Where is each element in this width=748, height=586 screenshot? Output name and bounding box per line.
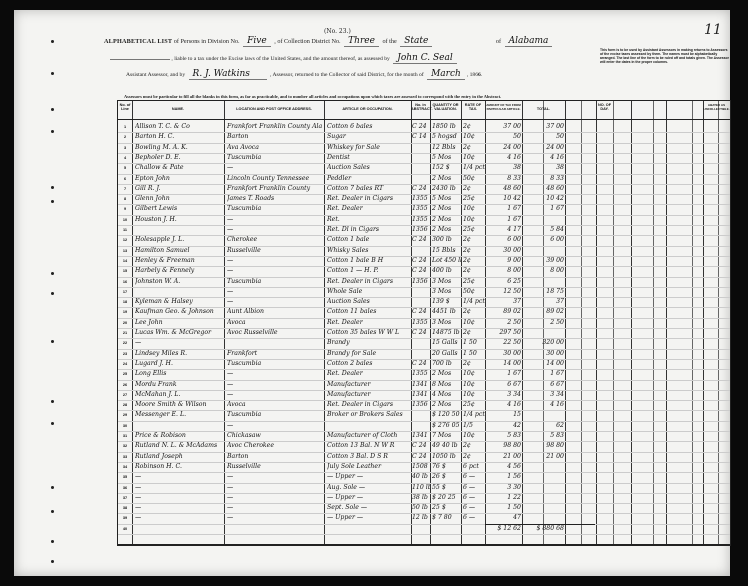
cell-quantity: 7 Mos	[432, 432, 461, 439]
cell-article: Cotton 11 bales	[327, 308, 411, 315]
cell-rate: 2¢	[463, 442, 485, 449]
cell-amount: 3 34	[488, 391, 521, 398]
cell-rate: 6 —	[463, 504, 485, 511]
cell-quantity: 139 $	[432, 298, 461, 305]
cell-line: 34	[118, 465, 132, 469]
cell-name: Allison T. C. & Co	[135, 123, 223, 130]
cell-quantity: 15 Galls	[432, 339, 461, 346]
cell-total: 3 34	[524, 391, 564, 398]
cell-rate: 6 pct	[463, 463, 485, 470]
instructions: Assessors must be particular to fill all…	[124, 94, 501, 99]
table-row: 17—Whole Sale3 Mos50¢12 5018 75	[118, 287, 730, 297]
cell-line: 37	[118, 496, 132, 500]
cell-location: Avoca	[227, 401, 323, 408]
cell-article: Whisky Sales	[327, 247, 411, 254]
cell-rate: 6 —	[463, 473, 485, 480]
cell-quantity: 12 Bbls	[432, 144, 461, 151]
cell-line: 35	[118, 475, 132, 479]
table-row: 31Price & RobisonChickasawManufacturer o…	[118, 431, 730, 441]
cell-line: 12	[118, 238, 132, 242]
cell-abstract-no: 12 lb	[412, 514, 430, 521]
cell-amount: 4 16	[488, 154, 521, 161]
table-row: 14Henley & Freeman—Cotton 1 bale B HC 24…	[118, 256, 730, 266]
cell-amount: 38	[488, 164, 521, 171]
cell-abstract-no: 1356	[412, 278, 430, 285]
cell-location: —	[227, 267, 323, 274]
ledger-table: No. of Line NAME. LOCATION AND POST OFFI…	[117, 100, 731, 546]
table-row: 15Harbely & Fennely—Cotton 1 — H. P.C 24…	[118, 266, 730, 276]
cell-article: Cotton 1 bale B H	[327, 257, 411, 264]
header-line-2: , liable to a tax under the Excise laws …	[110, 53, 459, 64]
cell-quantity: 3 Mos	[432, 288, 461, 295]
cell-line: 25	[118, 372, 132, 376]
form-number: (No. 23.)	[324, 28, 351, 35]
cell-abstract-no: C 24	[412, 185, 430, 192]
cell-quantity: 1850 lb	[432, 123, 461, 130]
cell-location: Chickasaw	[227, 432, 323, 439]
cell-location: Russelville	[227, 247, 323, 254]
cell-location: Aunt Albion	[227, 308, 323, 315]
cell-location: —	[227, 257, 323, 264]
cell-total: 21 00	[524, 453, 564, 460]
cell-name: Lucas Wm. & McGregor	[135, 329, 223, 336]
cell-amount: 2 50	[488, 319, 521, 326]
cell-quantity: Lot 450 lb	[432, 257, 461, 264]
cell-amount: 30 00	[488, 350, 521, 357]
cell-abstract-no: C 24	[412, 360, 430, 367]
cell-name: Houston J. H.	[135, 216, 223, 223]
cell-location: Tuscumbia	[227, 411, 323, 418]
cell-location: Tuscumbia	[227, 278, 323, 285]
cell-line: 38	[118, 506, 132, 510]
cell-total: 1 67	[524, 370, 564, 377]
cell-amount: 10 42	[488, 195, 521, 202]
cell-abstract-no: 1356	[412, 401, 430, 408]
cell-name: Lugard J. H.	[135, 360, 223, 367]
cell-location: —	[227, 514, 323, 521]
cell-article: Cotton 35 bales W W L	[327, 329, 411, 336]
cell-line: 39	[118, 516, 132, 520]
cell-name: Lee John	[135, 319, 223, 326]
cell-amount: 6 00	[488, 236, 521, 243]
cell-article: Cotton 1 bale	[327, 236, 411, 243]
cell-abstract-no: 110 lb	[412, 484, 430, 491]
cell-amount: 6 67	[488, 381, 521, 388]
cell-amount: 8 33	[488, 175, 521, 182]
cell-quantity: 20 Galls	[432, 350, 461, 357]
cell-rate: 10¢	[463, 370, 485, 377]
cell-total: 30 00	[524, 350, 564, 357]
cell-abstract-no: 1355	[412, 216, 430, 223]
cell-quantity: 4 Mos	[432, 391, 461, 398]
cell-name: Harbely & Fennely	[135, 267, 223, 274]
cell-amount: 5 83	[488, 432, 521, 439]
cell-line: 32	[118, 444, 132, 448]
cell-line: 21	[118, 331, 132, 335]
cell-quantity: 25 $	[432, 504, 461, 511]
table-row: 4Bepholer D. E.TuscumbiaDentist5 Mos10¢4…	[118, 153, 730, 163]
cell-location: —	[227, 422, 323, 429]
cell-article: Cotton 7 bales RT	[327, 185, 411, 192]
cell-line: 24	[118, 362, 132, 366]
table-row: 19Kaufman Geo. & JohnsonAunt AlbionCotto…	[118, 307, 730, 317]
cell-name: Glenn John	[135, 195, 223, 202]
cell-location: Avoc Cherokee	[227, 442, 323, 449]
cell-line: 15	[118, 269, 132, 273]
cell-quantity: $ 120 50	[432, 411, 461, 418]
cell-name: Kaufman Geo. & Johnson	[135, 308, 223, 315]
cell-name: Gill R. J.	[135, 185, 223, 192]
cell-total: 24 00	[524, 144, 564, 151]
cell-amount: 47	[488, 514, 521, 521]
cell-article: Cotton 1 — H. P.	[327, 267, 411, 274]
cell-amount: 1 22	[488, 494, 521, 501]
cell-location: Frankfort Franklin County Ala	[227, 123, 323, 130]
cell-quantity: $ 7 80	[432, 514, 461, 521]
cell-rate: 10¢	[463, 154, 485, 161]
cell-line: 30	[118, 424, 132, 428]
cell-abstract-no: 1355	[412, 205, 430, 212]
cell-rate: 10¢	[463, 381, 485, 388]
cell-quantity: 5 Mos	[432, 154, 461, 161]
cell-rate: 2¢	[463, 308, 485, 315]
cell-abstract-no: 1341	[412, 432, 430, 439]
cell-abstract-no: C 24	[412, 329, 430, 336]
cell-name: Holesapple J. L.	[135, 236, 223, 243]
cell-location: Avoca	[227, 319, 323, 326]
cell-location: Frankfort Franklin County	[227, 185, 323, 192]
cell-article: — Upper —	[327, 473, 411, 480]
table-row: 33Rutland JosephBartonCotton 3 Bal. D S …	[118, 452, 730, 462]
cell-quantity: 3 Mos	[432, 278, 461, 285]
table-row: 30—$ 276 051/54262	[118, 421, 730, 431]
cell-amount: 50	[488, 133, 521, 140]
cell-total: 98 80	[524, 442, 564, 449]
cell-amount: 4 56	[488, 463, 521, 470]
cell-total: 8 00	[524, 267, 564, 274]
table-row: 20Lee JohnAvocaRet. Dealer13553 Mos10¢2 …	[118, 318, 730, 328]
cell-amount: 21 00	[488, 453, 521, 460]
table-row: 23Lindsey Miles R.FrankfortBrandy for Sa…	[118, 349, 730, 359]
table-row: 9Gilbert LewisTuscumbiaRet. Dealer13552 …	[118, 204, 730, 214]
column-header-uncollectible: ABATED AS UNCOLLECTIBLE.	[703, 103, 730, 111]
cell-article: Whole Sale	[327, 288, 411, 295]
cell-total: 38	[524, 164, 564, 171]
cell-abstract-no: C 24	[412, 236, 430, 243]
cell-location: —	[227, 216, 323, 223]
table-row: 28Moore Smith & WilsonAvocaRet. Dealer i…	[118, 400, 730, 410]
cell-rate: 25¢	[463, 195, 485, 202]
table-row: 29Messenger E. L.TuscumbiaBroker or Brok…	[118, 410, 730, 420]
cell-rate: 6 —	[463, 514, 485, 521]
table-row: 5Challow & Pate—Auction Sales152 $1/4 pc…	[118, 163, 730, 173]
table-row: 6Epton JohnLincoln County TennesseePeddl…	[118, 174, 730, 184]
cell-location: —	[227, 494, 323, 501]
cell-name: Henley & Freeman	[135, 257, 223, 264]
column-header-amount: AMOUNT OF TAX FROM PARTICULAR ARTICLE.	[485, 103, 522, 111]
cell-quantity: 2 Mos	[432, 401, 461, 408]
cell-total: 37	[524, 298, 564, 305]
cell-amount: 37	[488, 298, 521, 305]
cell-total: 6 67	[524, 381, 564, 388]
cell-total: 89 02	[524, 308, 564, 315]
table-row: 27McMahan J. L.—Manufacturer13414 Mos10¢…	[118, 390, 730, 400]
cell-abstract-no: 1356	[412, 226, 430, 233]
cell-line: 22	[118, 341, 132, 345]
cell-name: Messenger E. L.	[135, 411, 223, 418]
cell-line: 3	[118, 146, 132, 150]
cell-article: Whiskey for Sale	[327, 144, 411, 151]
cell-amount: 4 17	[488, 226, 521, 233]
cell-total: 4 16	[524, 154, 564, 161]
table-row: 12Holesapple J. L.CherokeeCotton 1 baleC…	[118, 235, 730, 245]
cell-name: —	[135, 473, 223, 480]
cell-article: Broker or Brokers Sales	[327, 411, 411, 418]
cell-rate: 2¢	[463, 185, 485, 192]
cell-abstract-no: 1508	[412, 463, 430, 470]
table-row: 24Lugard J. H.TuscumbiaCotton 2 balesC 2…	[118, 359, 730, 369]
cell-abstract-no: 40 lb	[412, 473, 430, 480]
cell-total: $ 880 68	[524, 525, 564, 532]
cell-abstract-no: C 24	[412, 257, 430, 264]
assistant-assessor-name: John C. Seal	[393, 53, 457, 64]
cell-line: 20	[118, 321, 132, 325]
cell-article: Auction Sales	[327, 164, 411, 171]
cell-article: Brandy for Sale	[327, 350, 411, 357]
cell-total: 4 16	[524, 401, 564, 408]
cell-amount: 1 67	[488, 205, 521, 212]
table-row: 1Allison T. C. & CoFrankfort Franklin Co…	[118, 122, 730, 132]
cell-amount: 1 50	[488, 504, 521, 511]
cell-abstract-no: 1355	[412, 195, 430, 202]
cell-article: — Upper —	[327, 494, 411, 501]
table-row: 2Barton H. C.BartonSugarC 145 hogsd10¢50…	[118, 132, 730, 142]
cell-line: 17	[118, 290, 132, 294]
cell-rate: 2¢	[463, 453, 485, 460]
cell-location: —	[227, 288, 323, 295]
cell-line: 6	[118, 177, 132, 181]
table-row: 21Lucas Wm. & McGregorAvoc RusselvilleCo…	[118, 328, 730, 338]
cell-rate: 1 50	[463, 339, 485, 346]
cell-total: 8 33	[524, 175, 564, 182]
cell-amount: 1 67	[488, 216, 521, 223]
cell-location: Tuscumbia	[227, 154, 323, 161]
cell-line: 27	[118, 393, 132, 397]
cell-quantity: 2 Mos	[432, 226, 461, 233]
cell-quantity: 3 Mos	[432, 319, 461, 326]
cell-rate: 25¢	[463, 401, 485, 408]
cell-line: 29	[118, 413, 132, 417]
table-row: 36——Aug. Sole —110 lb55 $6 —3 30	[118, 483, 730, 493]
cell-article: Aug. Sole —	[327, 484, 411, 491]
cell-amount: 297 50	[488, 329, 521, 336]
cell-name: Epton John	[135, 175, 223, 182]
census-ledger-page: (No. 23.) 11 ALPHABETICAL LIST of Person…	[14, 10, 730, 576]
cell-abstract-no: C 14	[412, 133, 430, 140]
cell-total: 48 60	[524, 185, 564, 192]
cell-name: —	[135, 514, 223, 521]
cell-article: Ret. Dealer in Cigars	[327, 401, 411, 408]
table-row: 10Houston J. H.—Ret.13552 Mos10¢1 67	[118, 215, 730, 225]
cell-article: Brandy	[327, 339, 411, 346]
cell-article: Ret.	[327, 216, 411, 223]
assessor-name: R. J. Watkins	[189, 69, 267, 80]
cell-line: 1	[118, 125, 132, 129]
cell-location: —	[227, 298, 323, 305]
cell-article: Ret. Dealer	[327, 319, 411, 326]
cell-line: 19	[118, 310, 132, 314]
table-row: 34Robinson H. C.RusselvilleJuly Sole Lea…	[118, 462, 730, 472]
cell-rate: 1/5	[463, 422, 485, 429]
cell-total: 2 50	[524, 319, 564, 326]
cell-amount: 22 50	[488, 339, 521, 346]
cell-location: Barton	[227, 453, 323, 460]
cell-total: 14 00	[524, 360, 564, 367]
column-header-no-of-day: NO. OF DAY.	[596, 103, 613, 111]
cell-rate: 1/4 pct	[463, 411, 485, 418]
division-number: Five	[243, 36, 271, 47]
cell-rate: 10¢	[463, 432, 485, 439]
cell-article: Ret. Dl in Cigars	[327, 226, 411, 233]
cell-rate: 2¢	[463, 329, 485, 336]
cell-location: —	[227, 504, 323, 511]
cell-amount: 30 00	[488, 247, 521, 254]
cell-line: 40	[118, 527, 132, 531]
cell-line: 7	[118, 187, 132, 191]
cell-name: —	[135, 494, 223, 501]
cell-location: Barton	[227, 133, 323, 140]
cell-line: 4	[118, 156, 132, 160]
cell-rate: 10¢	[463, 391, 485, 398]
cell-amount: 89 02	[488, 308, 521, 315]
cell-article: Cotton 3 Bal. D S R	[327, 453, 411, 460]
cell-article: Dentist	[327, 154, 411, 161]
state-name: Alabama	[505, 36, 553, 47]
cell-rate: 25¢	[463, 278, 485, 285]
cell-rate: 10¢	[463, 216, 485, 223]
cell-name: Long Ellis	[135, 370, 223, 377]
cell-line: 31	[118, 434, 132, 438]
cell-rate: 2¢	[463, 360, 485, 367]
table-row: 32Rutland N. L. & McAdamsAvoc CherokeeCo…	[118, 441, 730, 451]
cell-quantity: 26 $	[432, 473, 461, 480]
cell-total: 18 75	[524, 288, 564, 295]
cell-name: Bowling M. A. K.	[135, 144, 223, 151]
cell-total: 320 00	[524, 339, 564, 346]
cell-quantity: 5 hogsd	[432, 133, 461, 140]
cell-total: 6 00	[524, 236, 564, 243]
cell-total: 39 00	[524, 257, 564, 264]
cell-location: —	[227, 164, 323, 171]
cell-line: 18	[118, 300, 132, 304]
cell-abstract-no: C 24	[412, 308, 430, 315]
table-row: 40$ 12 62$ 880 68	[118, 524, 730, 534]
table-row: 7Gill R. J.Frankfort Franklin CountyCott…	[118, 184, 730, 194]
cell-rate: 6 —	[463, 494, 485, 501]
cell-quantity: 55 $	[432, 484, 461, 491]
cell-article: Sept. Sole —	[327, 504, 411, 511]
column-header-location: LOCATION AND POST OFFICE ADDRESS.	[224, 107, 324, 111]
page-number: 11	[704, 22, 722, 38]
cell-quantity: 5 Mos	[432, 195, 461, 202]
cell-quantity: 76 $	[432, 463, 461, 470]
cell-amount: 4 16	[488, 401, 521, 408]
cell-article: Ret. Dealer in Cigars	[327, 278, 411, 285]
column-header-abstract: No. in ABSTRACT.	[411, 103, 430, 111]
cell-location: Avoc Russelville	[227, 329, 323, 336]
cell-amount: 98 80	[488, 442, 521, 449]
header-line-1: ALPHABETICAL LIST of Persons in Division…	[104, 36, 554, 47]
cell-quantity: $ 20 25	[432, 494, 461, 501]
cell-quantity: 4451 lb	[432, 308, 461, 315]
cell-rate: 50¢	[463, 175, 485, 182]
cell-quantity: 400 lb	[432, 267, 461, 274]
cell-article: Manufacturer	[327, 381, 411, 388]
cell-quantity: 1050 lb	[432, 453, 461, 460]
cell-rate: 2¢	[463, 236, 485, 243]
table-row: 38——Sept. Sole —50 lb25 $6 —1 50	[118, 503, 730, 513]
cell-name: Barton H. C.	[135, 133, 223, 140]
table-row: 22—Brandy15 Galls1 5022 50320 00	[118, 338, 730, 348]
cell-location: —	[227, 370, 323, 377]
cell-amount: 1 56	[488, 473, 521, 480]
cell-name: Mordu Frank	[135, 381, 223, 388]
cell-abstract-no: 50 lb	[412, 504, 430, 511]
cell-rate: 1/4 pct	[463, 298, 485, 305]
cell-total: 37 00	[524, 123, 564, 130]
cell-name: Price & Robison	[135, 432, 223, 439]
cell-article: Cotton 2 bales	[327, 360, 411, 367]
cell-quantity: 300 lb	[432, 236, 461, 243]
cell-total: 50	[524, 133, 564, 140]
cell-quantity: 49 40 lb	[432, 442, 461, 449]
column-header-article: ARTICLE OR OCCUPATION.	[324, 107, 411, 111]
cell-article: July Sole Leather	[327, 463, 411, 470]
cell-rate: 2¢	[463, 247, 485, 254]
cell-article: Manufacturer of Cloth	[327, 432, 411, 439]
cell-line: 36	[118, 486, 132, 490]
cell-quantity: 2430 lb	[432, 185, 461, 192]
cell-article: Ret. Dealer in Cigars	[327, 195, 411, 202]
cell-rate: 6 —	[463, 484, 485, 491]
month-name: March	[427, 69, 465, 80]
cell-location: —	[227, 484, 323, 491]
cell-location: —	[227, 381, 323, 388]
total-underline	[485, 524, 595, 525]
cell-total: 10 42	[524, 195, 564, 202]
table-row: 16Johnston W. A.TuscumbiaRet. Dealer in …	[118, 277, 730, 287]
cell-name: Robinson H. C.	[135, 463, 223, 470]
cell-abstract-no: C 24	[412, 267, 430, 274]
table-row: 8Glenn JohnJames T. RoadsRet. Dealer in …	[118, 194, 730, 204]
cell-amount: 3 30	[488, 484, 521, 491]
cell-amount: 8 00	[488, 267, 521, 274]
cell-abstract-no: C 24	[412, 453, 430, 460]
cell-amount: 15	[488, 411, 521, 418]
cell-name: Lindsey Miles R.	[135, 350, 223, 357]
column-header-total: TOTAL.	[522, 107, 565, 111]
cell-line: 26	[118, 383, 132, 387]
cell-line: 14	[118, 259, 132, 263]
cell-line: 13	[118, 249, 132, 253]
notice-text: This form is to be used by Assistant Ass…	[600, 48, 730, 64]
cell-amount: 12 50	[488, 288, 521, 295]
cell-article: Peddler	[327, 175, 411, 182]
cell-rate: 25¢	[463, 226, 485, 233]
cell-line: 11	[118, 228, 132, 232]
cell-location: Tuscumbia	[227, 360, 323, 367]
cell-rate: 10¢	[463, 205, 485, 212]
